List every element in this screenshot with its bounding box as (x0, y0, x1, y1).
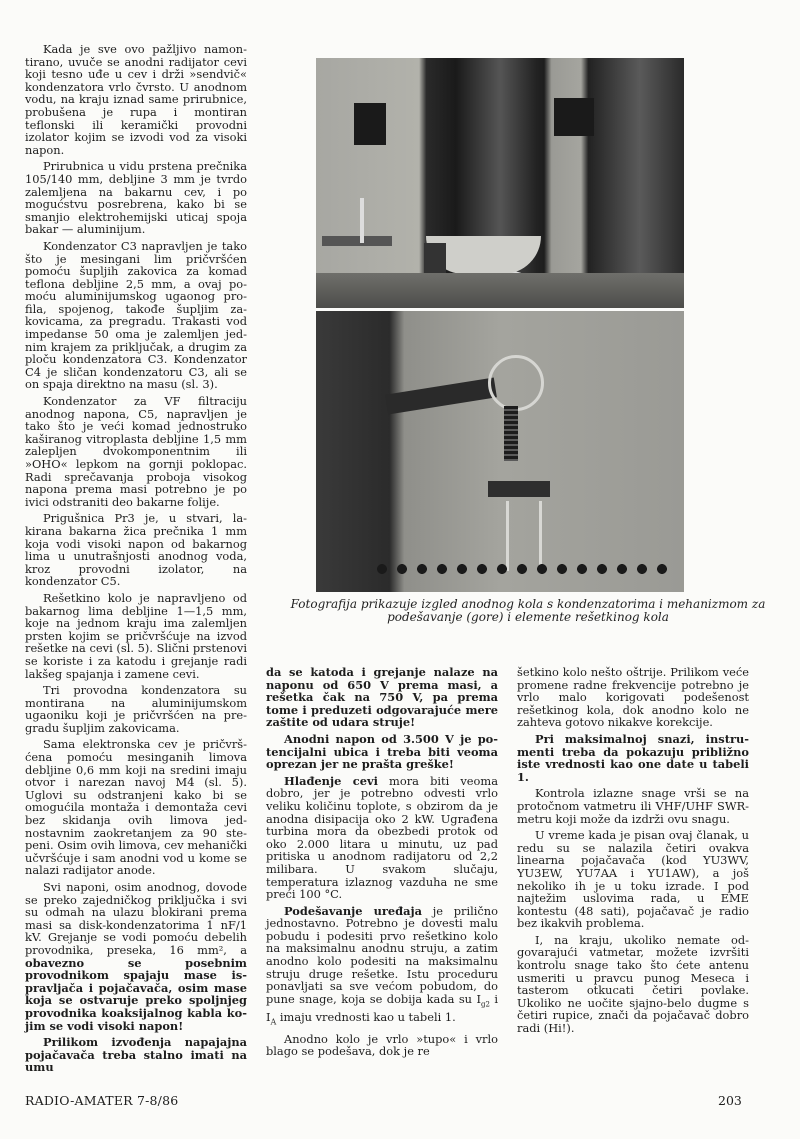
left-column: Kada je sve ovo pažljivo namon­tirano, u… (25, 43, 247, 1078)
paragraph: Prirubnica u vidu prstena preč­nika 105/… (25, 160, 247, 236)
paragraph: Prigušnica Pr3 je, u stvari, la­kirana b… (25, 512, 247, 588)
warning-text: da se katoda i grejanje nalaze na naponu… (266, 665, 498, 729)
warning-text: Anodni napon od 3.500 V je po­tencijalni… (266, 732, 498, 771)
journal-footer: RADIO-AMATER 7-8/86 (25, 1093, 178, 1108)
photo-detail-capacitors (488, 481, 550, 497)
photo-detail-wires (506, 501, 542, 571)
paragraph-text: imaju vrednosti kao u tabeli 1. (276, 1010, 455, 1024)
paragraph-text: Svi naponi, osim anodnog, do­vode se pre… (25, 880, 247, 957)
paragraph: Prilikom izvođenja napajajna po­jačavača… (25, 1036, 247, 1074)
warning-text: Prilikom izvođenja napajajna po­jačavača… (25, 1035, 247, 1074)
photo-detail-coil (504, 406, 518, 461)
paragraph: Tri provodna kondenzatora su montirana n… (25, 684, 247, 734)
paragraph: Pri maksimalnoj snazi, instru­menti treb… (517, 733, 749, 783)
paragraph: Kondenzator za VF filtraciju anodnog nap… (25, 395, 247, 508)
photo-anode-circuit (316, 58, 684, 308)
photo-detail-rod (360, 198, 364, 243)
symbol-subscript: g2 (481, 1000, 490, 1008)
paragraph-text: je prilično jednostavno. Potrebno je dov… (266, 904, 498, 1006)
page-number: 203 (718, 1093, 742, 1108)
paragraph: Podešavanje uređaja je prilično jednosta… (266, 905, 498, 1029)
paragraph: U vreme kada je pisan ovaj čla­nak, u re… (517, 829, 749, 930)
paragraph: Svi naponi, osim anodnog, do­vode se pre… (25, 881, 247, 1032)
paragraph: Kada je sve ovo pažljivo namon­tirano, u… (25, 43, 247, 156)
figure-caption: Fotografija prikazuje izgled anodnog kol… (268, 598, 788, 624)
paragraph: Kondenzator C3 napravljen je tako što je… (25, 240, 247, 391)
paragraph: Kontrola izlazne snage vrši se na protoč… (517, 787, 749, 825)
paragraph: da se katoda i grejanje nalaze na naponu… (266, 666, 498, 729)
paragraph: Anodno kolo je vrlo »tupo« i vrlo blago … (266, 1033, 498, 1058)
paragraph-text: mora biti veoma dobro, jer je potrebno o… (266, 774, 498, 901)
paragraph: Anodni napon od 3.500 V je po­tencijalni… (266, 733, 498, 771)
paragraph: Rešetkino kolo je napravljeno od bakarno… (25, 592, 247, 680)
warning-text: obavezno se poseb­nim provodnikom spajaj… (25, 956, 247, 1033)
photo-detail-window (354, 103, 386, 145)
photo-detail-frame (322, 236, 392, 246)
warning-text: Pri maksimalnoj snazi, instru­menti treb… (517, 732, 749, 784)
middle-column: da se katoda i grejanje nalaze na naponu… (266, 666, 498, 1062)
photo-detail-ring (488, 355, 544, 411)
right-column: šetkino kolo nešto oštrije. Prilikom već… (517, 666, 749, 1039)
paragraph: Hlađenje cevi mora biti veoma dobro, jer… (266, 775, 498, 901)
paragraph: I, na kraju, ukoliko nemate od­govarajuć… (517, 934, 749, 1035)
photo-detail-floor (316, 273, 684, 308)
photo-detail-strip (385, 378, 497, 415)
photo-detail-window (554, 98, 594, 136)
paragraph: Sama elektronska cev je pričvrš­ćena pom… (25, 738, 247, 877)
photo-detail-holes (376, 563, 676, 575)
paragraph: šetkino kolo nešto oštrije. Prilikom već… (517, 666, 749, 729)
photo-grid-circuit (316, 311, 684, 592)
